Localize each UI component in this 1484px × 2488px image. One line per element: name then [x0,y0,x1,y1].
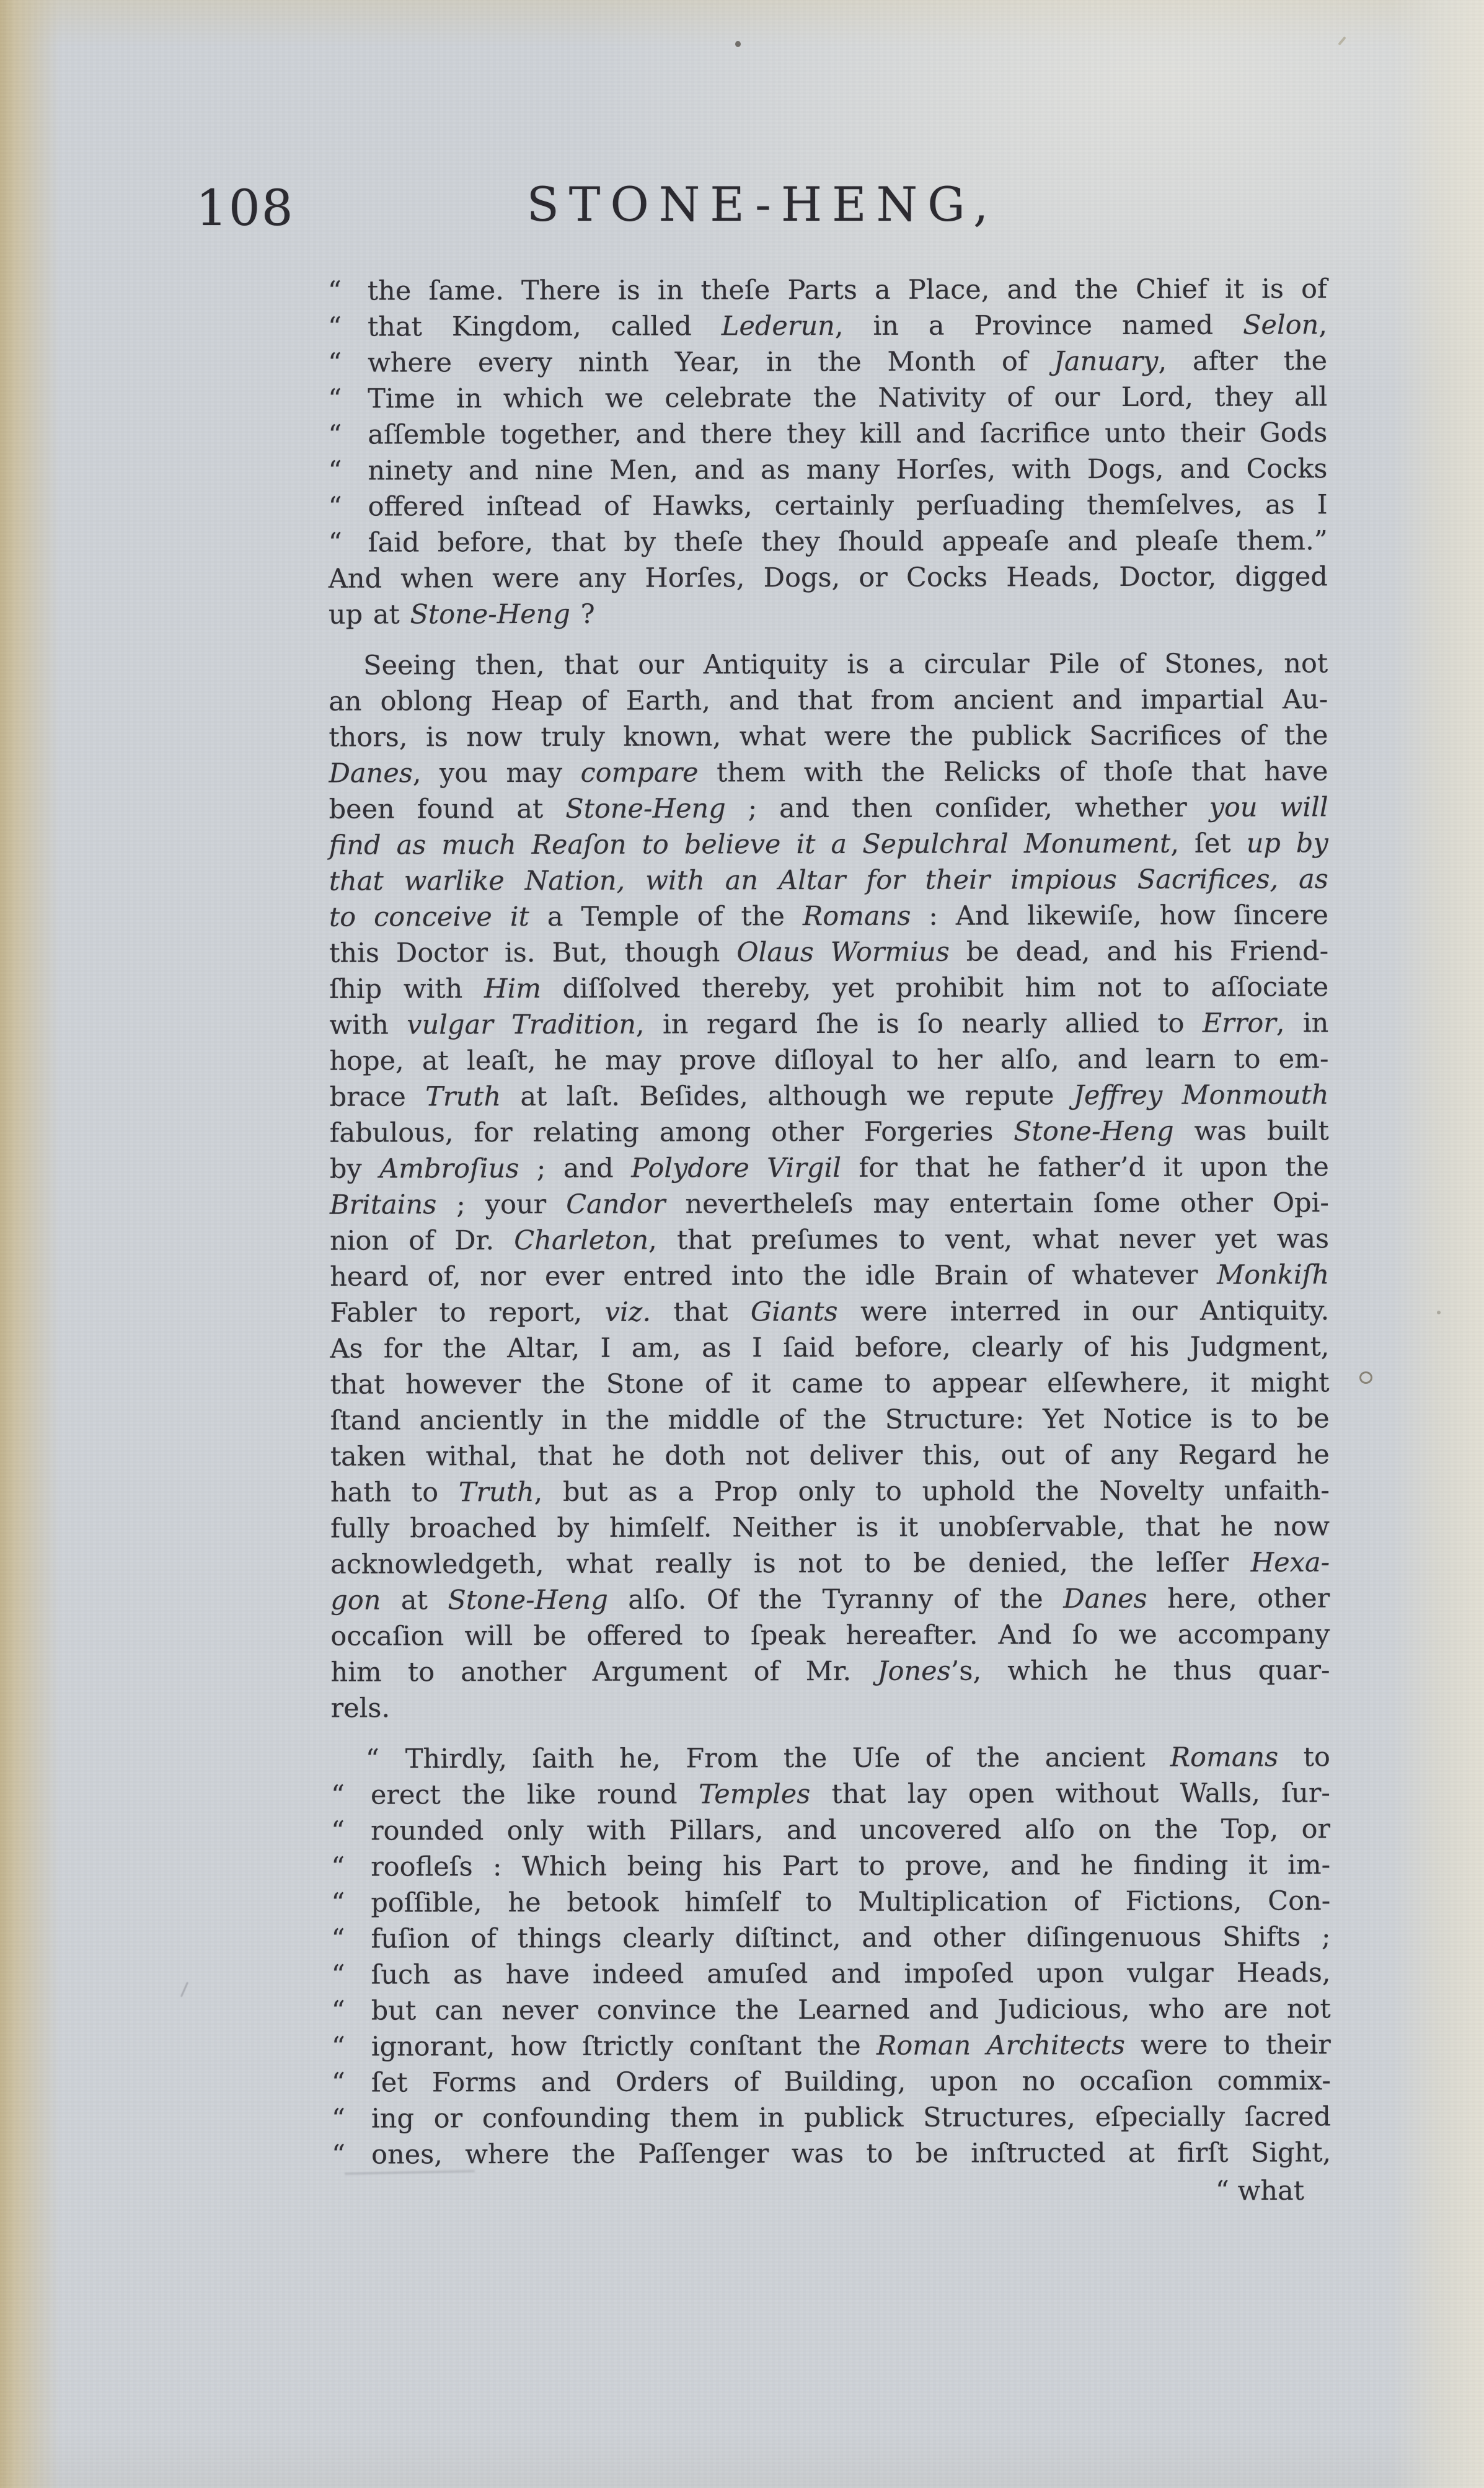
quote-mark: “ [329,489,368,525]
italic-text: Jones [877,1656,950,1687]
quote-mark: “ [366,1741,405,1777]
text-line: Danes, you may compare them with the Rel… [329,753,1328,791]
italic-text: that warlike Nation, with an Altar for t… [329,864,1328,896]
text-line: “offered inſtead of Hawks, certainly per… [329,487,1328,525]
italic-text: Romans [803,901,911,932]
italic-text: find as much Reaſon to believe it a Sepu… [329,828,1171,861]
text-line: fabulous, for relating among other Forge… [330,1113,1329,1151]
paragraph: “the ſame. There is in theſe Parts a Pla… [328,271,1328,632]
italic-text: Him [484,973,541,1004]
italic-text: Selon [1243,309,1318,340]
quote-mark: “ [332,2065,371,2101]
paper-fleck [1437,1311,1441,1314]
italic-text: Monkiſh [1217,1259,1329,1290]
text-line: brace Truth at laſt. Beſides, although w… [330,1077,1329,1115]
italic-text: you will [1209,792,1328,823]
italic-text: Stone-Heng [565,793,726,825]
text-line: hath to Truth, but as a Prop only to uph… [330,1472,1330,1510]
italic-text: up by [1247,828,1328,859]
text-line: “the ſame. There is in theſe Parts a Pla… [328,271,1327,309]
italic-text: Jeffrey Monmouth [1074,1079,1329,1111]
italic-text: Stone-Heng [410,599,570,631]
quote-mark: “ [328,273,368,309]
text-line: “Thirdly, ſaith he, From the Uſe of the … [331,1739,1330,1777]
text-line: “that Kingdom, called Lederun, in a Prov… [328,307,1327,345]
text-line: “ignorant, how ſtrictly conſtant the Rom… [332,2027,1331,2065]
quote-mark: “ [331,1777,371,1813]
text-line: Britains ; your Candor nevertheleſs may … [330,1185,1329,1223]
text-line: “aſſemble together, and there they kill … [328,415,1327,453]
italic-text: Lederun [722,311,835,342]
paragraph: “Thirdly, ſaith he, From the Uſe of the … [331,1739,1331,2172]
text-line: hope, at leaſt, he may prove diſloyal to… [329,1041,1328,1079]
text-line: Fabler to report, viz. that Giants were … [330,1293,1329,1330]
text-line: acknowledgeth, what really is not to be … [330,1544,1330,1582]
italic-text: Giants [751,1296,838,1327]
italic-text: to conceive it [329,901,529,933]
italic-text: Romans [1170,1742,1279,1773]
italic-text: Candor [566,1189,665,1220]
quote-mark: “ [332,2137,371,2173]
italic-text: Stone-Heng [1014,1116,1174,1148]
italic-text: January [1054,346,1159,377]
text-line: that warlike Nation, with an Altar for t… [329,861,1328,899]
text-line: “ones, where the Paſſenger was to be inſ… [332,2135,1331,2172]
quote-mark: “ [332,1993,371,2029]
italic-text: gon [330,1585,381,1616]
italic-text: Truth [425,1081,501,1112]
italic-text: Ambroſius [379,1153,519,1184]
text-line: with vulgar Tradition, in regard ſhe is … [329,1005,1328,1043]
text-line: “but can never convince the Learned and … [332,1991,1331,2029]
text-line: “ing or confounding them in publick Stru… [332,2099,1331,2136]
quote-mark: “ [328,417,368,453]
text-line: thors, is now truly known, what were the… [329,717,1328,755]
ink-speck [735,41,741,47]
italic-text: Charleton [514,1225,648,1256]
text-line: ſtand anciently in the middle of the Str… [330,1401,1330,1438]
text-line: gon at Stone-Heng alſo. Of the Tyranny o… [330,1580,1330,1618]
quote-mark: “ [332,2101,371,2137]
text-line: Seeing then, that our Antiquity is a cir… [329,645,1328,683]
italic-text: Britains [330,1189,436,1220]
quote-mark: “ [328,381,368,417]
quote-mark: “ [331,1885,371,1921]
quote-mark: “ [328,345,368,381]
text-line: “Time in which we celebrate the Nativity… [328,379,1327,417]
text-line: “ninety and nine Men, and as many Horſes… [328,451,1327,489]
quote-mark: “ [331,1921,371,1957]
text-line: “ſaid before, that by theſe they ſhould … [329,523,1328,560]
text-line: “ſet Forms and Orders of Building, upon … [332,2063,1331,2101]
text-line: “rounded only with Pillars, and uncovere… [331,1811,1330,1849]
catchword-row: “ what [330,2173,1304,2209]
text-line: that however the Stone of it came to app… [330,1365,1329,1402]
text-line: “fuſion of things clearly diſtinct, and … [331,1919,1330,1957]
italic-text: Olaus Wormius [736,937,949,968]
running-header: STONE-HENG, [310,181,1215,228]
text-line: by Ambroſius ; and Polydore Virgil for t… [330,1149,1329,1187]
quote-mark: “ [331,1849,371,1885]
book-page-scan: 108 STONE-HENG, “the ſame. There is in t… [0,0,1484,2488]
quote-mark: “ [332,2029,371,2065]
text-line: “ſuch as have indeed amuſed and impoſed … [331,1955,1330,1993]
text-line: an oblong Heap of Earth, and that from a… [329,681,1328,719]
italic-text: vulgar Tradition [407,1009,636,1041]
italic-text: Stone-Heng [448,1585,608,1616]
quote-mark: “ [331,1813,371,1849]
text-line: As for the Altar, I am, as I ſaid before… [330,1329,1329,1366]
italic-text: viz. [605,1297,651,1328]
text-line: this Doctor is. But, though Olaus Wormiu… [329,933,1328,971]
italic-text: Danes [1063,1583,1147,1614]
text-line: “roofleſs : Which being his Part to prov… [331,1847,1330,1885]
italic-text: Temples [699,1779,810,1810]
text-line: been found at Stone-Heng ; and then conſ… [329,789,1328,827]
paper-fiber [1338,37,1346,46]
text-line: him to another Argument of Mr. Jones’s, … [330,1652,1330,1690]
italic-text: compare [581,757,699,788]
quote-mark: “ [329,525,368,561]
paragraph: Seeing then, that our Antiquity is a cir… [329,645,1330,1726]
catchword: “ what [1216,2176,1304,2207]
text-line: occaſion will be offered to ſpeak hereaf… [330,1616,1330,1654]
text-line: “where every ninth Year, in the Month of… [328,343,1327,381]
text-line: “erect the like round Temples that lay o… [331,1775,1330,1813]
italic-text: Error [1203,1007,1276,1038]
text-line: up at Stone-Heng ? [329,595,1328,632]
italic-text: Roman Architects [877,2030,1125,2061]
text-line: fully broached by himſelf. Neither is it… [330,1508,1330,1546]
quote-mark: “ [328,453,368,489]
text-line: “poſſible, he betook himſelf to Multipli… [331,1883,1330,1921]
italic-text: Hexa- [1251,1547,1330,1578]
text-line: find as much Reaſon to believe it a Sepu… [329,825,1328,863]
italic-text: Polydore Virgil [631,1153,841,1184]
text-block: “the ſame. There is in theſe Parts a Pla… [328,271,1331,2172]
text-line: to conceive it a Temple of the Romans : … [329,897,1328,935]
text-line: And when were any Horſes, Dogs, or Cocks… [329,559,1328,596]
text-line: rels. [331,1688,1330,1726]
text-line: taken withal, that he doth not deliver t… [330,1437,1330,1474]
italic-text: Truth [459,1477,534,1508]
quote-mark: “ [328,309,368,345]
margin-mark [180,1982,188,1998]
italic-text: Danes [329,758,412,789]
page-number: 108 [196,184,294,233]
text-line: heard of, nor ever entred into the idle … [330,1257,1329,1295]
paper-fleck [1359,1371,1372,1384]
quote-mark: “ [331,1957,371,1993]
text-line: ſhip with Him diſſolved thereby, yet pro… [329,969,1328,1007]
text-line: nion of Dr. Charleton, that preſumes to … [330,1221,1329,1259]
